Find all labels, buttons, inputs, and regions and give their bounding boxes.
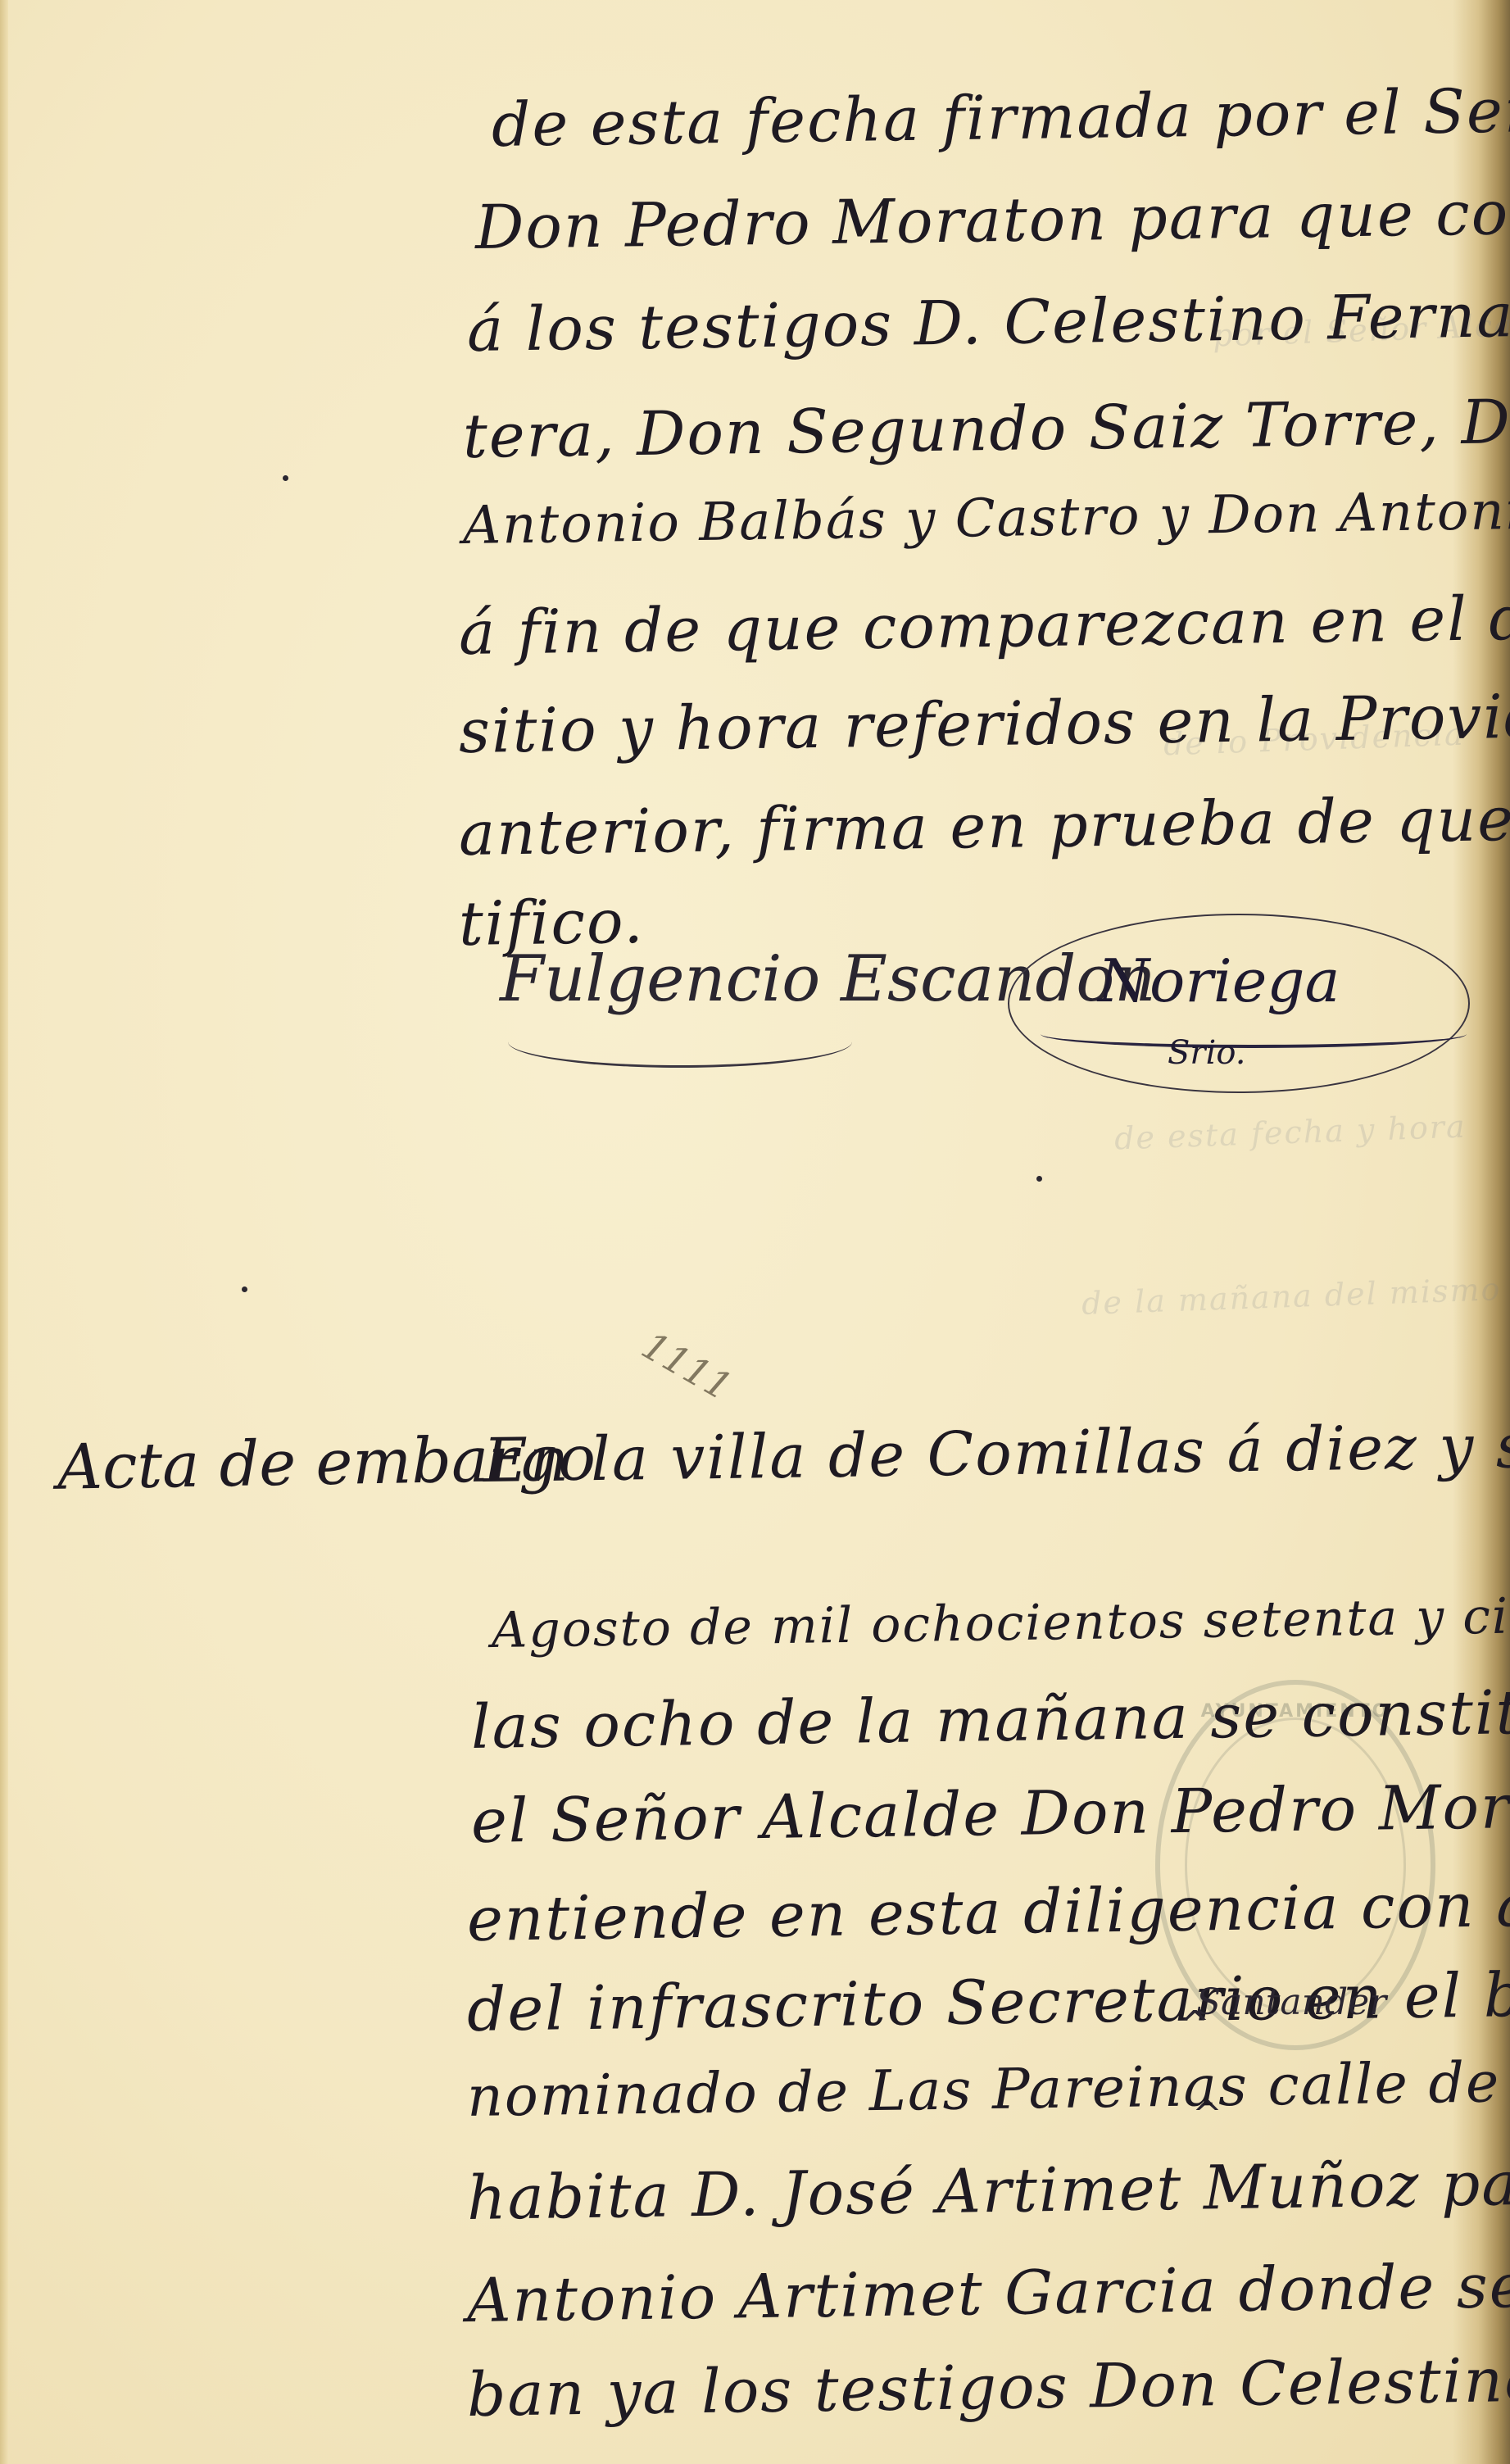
bleed-through-text: de esta fecha y hora	[1113, 1109, 1467, 1157]
text-line: entiende en esta diligencia con asistenc…	[466, 1866, 1510, 1955]
text-line: Antonio Balbás y Castro y Don Antonio Gi…	[462, 474, 1510, 556]
text-line: Antonio Artimet Garcia donde se encontra	[466, 2247, 1510, 2336]
text-line: habita D. José Artimet Muñoz padre del r…	[466, 2144, 1510, 2234]
text-line: nominado de Las Pareinas calle de y casa…	[466, 2044, 1510, 2130]
text-line: En la villa de Comillas á diez y siete d…	[483, 1408, 1510, 1496]
ink-dot	[1036, 1176, 1042, 1182]
text-line: á fin de que comparezcan en el dia	[458, 583, 1510, 669]
text-line: sitio y hora referidos en la Providencia	[458, 679, 1510, 767]
interlinear-insertion: Santander	[1196, 1981, 1386, 2023]
signature-noriega: Noriega	[1098, 946, 1340, 1015]
text-line: ban ya los testigos Don Celestino Fernan	[466, 2341, 1510, 2430]
text-line: de esta fecha firmada por el Señor Alcal…	[491, 70, 1510, 161]
text-line: á los testigos D. Celestino Fernandez Co	[466, 277, 1510, 365]
ink-dot	[242, 1286, 247, 1292]
signature-subscript: Srio.	[1168, 1034, 1245, 1072]
signature-flourish	[1041, 1020, 1467, 1048]
insertion-caret-icon: ^	[1180, 2003, 1210, 2045]
text-line: las ocho de la mañana se constituyó	[470, 1676, 1510, 1763]
text-line: Agosto de mil ochocientos setenta y cinc…	[492, 1580, 1510, 1659]
text-line: Don Pedro Moraton para que convocara	[474, 175, 1510, 263]
bleed-through-text: de la mañana del mismo	[1081, 1271, 1502, 1322]
text-line: anterior, firma en prueba de que cer	[458, 783, 1510, 869]
ink-dot	[283, 475, 288, 481]
manuscript-page: por el Señor Alcalde de lo Providencia d…	[0, 0, 1510, 2464]
signature-flourish	[508, 1016, 852, 1068]
text-line: el Señor Alcalde Don Pedro Moraton que	[470, 1767, 1510, 1857]
tally-mark: 1111	[634, 1323, 739, 1409]
text-line: tera, Don Segundo Saiz Torre, Don	[462, 386, 1510, 472]
page-left-edge	[0, 0, 8, 2464]
